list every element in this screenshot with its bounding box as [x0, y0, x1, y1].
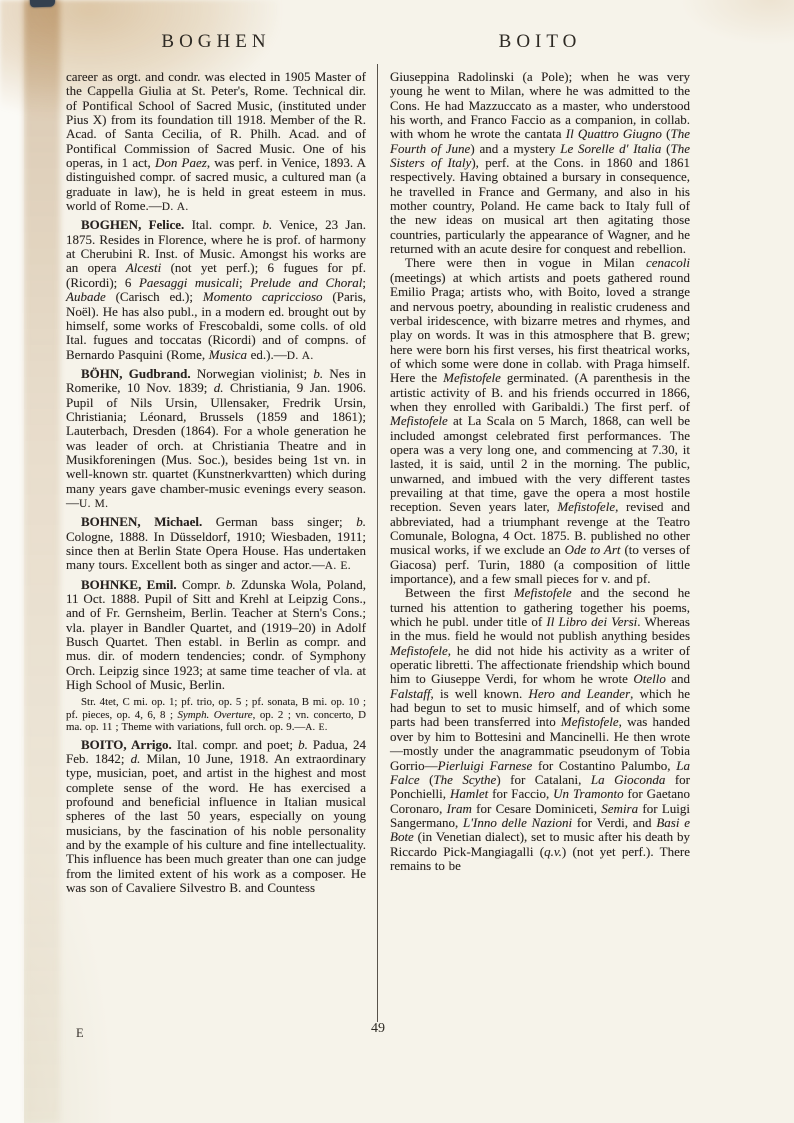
scan-edge [0, 0, 24, 1123]
running-head-right: BOITO [390, 31, 690, 53]
entry-bohnke-emil: BOHNKE, Emil. Compr. b. Zdunska Wola, Po… [66, 578, 366, 693]
entry-continuation-top-left: career as orgt. and condr. was elected i… [66, 70, 366, 214]
entry-boito-arrigo-continued: Giuseppina Radolinski (a Pole); when he … [390, 70, 690, 256]
entry-boito-arrigo-paragraph-2: There were then in vogue in Milan cenaco… [390, 256, 690, 586]
right-column: Giuseppina Radolinski (a Pole); when he … [390, 70, 690, 873]
book-page: BOGHEN BOITO career as orgt. and condr. … [0, 0, 794, 1123]
entry-boito-arrigo: BOITO, Arrigo. Ital. compr. and poet; b.… [66, 738, 366, 896]
left-column: career as orgt. and condr. was elected i… [66, 70, 366, 896]
signature-mark: E [76, 1026, 85, 1041]
entry-bohnen-michael: BOHNEN, Michael. German bass singer; b. … [66, 515, 366, 573]
page-number: 49 [338, 1021, 418, 1037]
column-rule [377, 64, 378, 1022]
entry-boghen-felice: BOGHEN, Felice. Ital. compr. b. Venice, … [66, 218, 366, 362]
running-head-left: BOGHEN [66, 31, 366, 53]
corner-ink-mark [30, 0, 55, 7]
entry-boito-arrigo-paragraph-3: Between the first Mefistofele and the se… [390, 586, 690, 873]
entry-bohnke-emil-worklist: Str. 4tet, C mi. op. 1; pf. trio, op. 5 … [66, 696, 366, 733]
entry-bohn-gudbrand: BÖHN, Gudbrand. Norwegian violinist; b. … [66, 367, 366, 511]
binding-stain [24, 0, 60, 1123]
